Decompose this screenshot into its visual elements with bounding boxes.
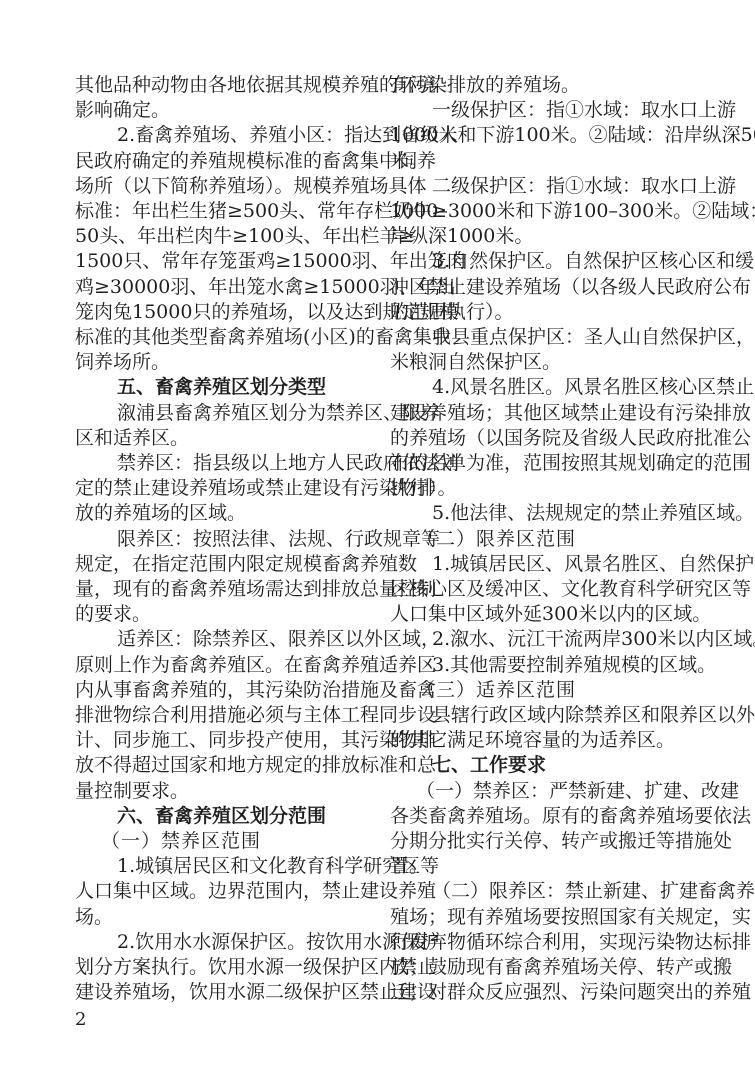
text-line: 县辖行政区域内除禁养区和限养区以外 xyxy=(390,703,680,727)
text-line: 50头、年出栏肉牛≥100头、年出栏羊≥ xyxy=(75,224,365,248)
text-line: 一级保护区：指①水域：取水口上游 xyxy=(390,98,680,122)
section-heading: 六、畜禽养殖区划分范围 xyxy=(75,804,365,828)
text-line: 场所（以下简称养殖场）。规模养殖场具体 xyxy=(75,174,365,198)
text-line: 米。 xyxy=(390,149,680,173)
text-line: 的要求。 xyxy=(75,602,365,626)
text-line: 定的禁止建设养殖场或禁止建设有污染物排 xyxy=(75,476,365,500)
text-line: 各类畜禽养殖场。原有的畜禽养殖场要依法 xyxy=(390,804,680,828)
text-line: 限养区：按照法律、法规、行政规章等 xyxy=(75,527,365,551)
text-line: 量，现有的畜禽养殖场需达到排放总量控制 xyxy=(75,577,365,601)
text-line: 有污染排放的养殖场。 xyxy=(390,73,680,97)
text-line: 5.他法律、法规规定的禁止养殖区域。 xyxy=(390,501,680,525)
text-line: 米粮洞自然保护区。 xyxy=(390,350,680,374)
text-line: 布的名单为准，范围按照其规划确定的范围 xyxy=(390,451,680,475)
text-line: 建设养殖场；其他区域禁止建设有污染排放 xyxy=(390,401,680,425)
text-line: 执行）。 xyxy=(390,476,680,500)
text-line: 场。 xyxy=(75,905,365,929)
text-line: 饲养场所。 xyxy=(75,350,365,374)
text-line: 民政府确定的养殖规模标准的畜禽集中饲养 xyxy=(75,149,365,173)
text-line: 3.自然保护区。自然保护区核心区和缓 xyxy=(390,249,680,273)
text-line: 人口集中区域。边界范围内，禁止建设养殖 xyxy=(75,879,365,903)
section-heading: （二）限养区范围 xyxy=(390,527,680,551)
text-line: 迁；对群众反应强烈、污染问题突出的养殖 xyxy=(390,980,680,1004)
text-line: 置。 xyxy=(390,854,680,878)
text-line: 笼肉兔15000只的养殖场，以及达到规定规模 xyxy=(75,300,365,324)
text-line: 1000米和下游100米。②陆域：沿岸纵深50 xyxy=(390,123,680,147)
text-line: 规定，在指定范围内限定规模畜禽养殖数 xyxy=(75,552,365,576)
text-line: 划分方案执行。饮用水源一级保护区内禁止 xyxy=(75,955,365,979)
text-line: 原则上作为畜禽养殖区。在畜禽养殖适养区 xyxy=(75,653,365,677)
section-heading: （一）禁养区范围 xyxy=(75,829,365,853)
text-line: 影响确定。 xyxy=(75,98,365,122)
text-line: 其他品种动物由各地依据其规模养殖的环境 xyxy=(75,73,365,97)
text-line: 禁养区：指县级以上地方人民政府依法划 xyxy=(75,451,365,475)
section-heading: 七、工作要求 xyxy=(390,753,680,777)
text-line: 冲区禁止建设养殖场（以各级人民政府公布 xyxy=(390,275,680,299)
text-line: 3.其他需要控制养殖规模的区域。 xyxy=(390,653,680,677)
text-line: 行废弃物循环综合利用，实现污染物达标排 xyxy=(390,930,680,954)
text-line: 的其它满足环境容量的为适养区。 xyxy=(390,728,680,752)
text-line: 排泄物综合利用措施必须与主体工程同步设 xyxy=(75,703,365,727)
text-line: 鸡≥30000羽、年出笼水禽≥15000羽、年出 xyxy=(75,275,365,299)
section-heading: （三）适养区范围 xyxy=(390,678,680,702)
page-number: 2 xyxy=(75,1008,86,1032)
text-line: 建设养殖场，饮用水源二级保护区禁止建设 xyxy=(75,980,365,1004)
text-line: 适养区：除禁养区、限养区以外区域， xyxy=(75,627,365,651)
text-line: 人口集中区域外延300米以内的区域。 xyxy=(390,602,680,626)
text-line: 区和适养区。 xyxy=(75,426,365,450)
text-line: 4.风景名胜区。风景名胜区核心区禁止 xyxy=(390,375,680,399)
text-line: 放的养殖场的区域。 xyxy=(75,501,365,525)
text-line: 放不得超过国家和地方规定的排放标准和总 xyxy=(75,753,365,777)
text-line: 2.饮用水水源保护区。按饮用水源保护 xyxy=(75,930,365,954)
text-line: 放；鼓励现有畜禽养殖场关停、转产或搬 xyxy=(390,955,680,979)
text-line: （一）禁养区：严禁新建、扩建、改建 xyxy=(390,779,680,803)
text-line: 2.畜禽养殖场、养殖小区：指达到省级人 xyxy=(75,123,365,147)
text-line: 我县重点保护区：圣人山自然保护区， xyxy=(390,325,680,349)
section-heading: 五、畜禽养殖区划分类型 xyxy=(75,375,365,399)
text-line: （二）限养区：禁止新建、扩建畜禽养 xyxy=(390,879,680,903)
text-line: 溆浦县畜禽养殖区划分为禁养区、限养 xyxy=(75,401,365,425)
text-line: 1000–3000米和下游100–300米。②陆域：沿 xyxy=(390,199,680,223)
text-line: 内从事畜禽养殖的，其污染防治措施及畜禽 xyxy=(75,678,365,702)
text-line: 1.城镇居民区和文化教育科学研究区等 xyxy=(75,854,365,878)
text-line: 的养殖场（以国务院及省级人民政府批准公 xyxy=(390,426,680,450)
text-line: 标准的其他类型畜禽养殖场(小区)的畜禽集中 xyxy=(75,325,365,349)
text-line: 计、同步施工、同步投产使用，其污染物排 xyxy=(75,728,365,752)
text-line: 量控制要求。 xyxy=(75,779,365,803)
text-line: 分期分批实行关停、转产或搬迁等措施处 xyxy=(390,829,680,853)
text-line: 2.溆水、沅江干流两岸300米以内区域。 xyxy=(390,627,680,651)
text-line: 区核心区及缓冲区、文化教育科学研究区等 xyxy=(390,577,680,601)
text-line: 1500只、常年存笼蛋鸡≥15000羽、年出笼肉 xyxy=(75,249,365,273)
text-line: 殖场；现有养殖场要按照国家有关规定，实 xyxy=(390,905,680,929)
text-line: 二级保护区：指①水域：取水口上游 xyxy=(390,174,680,198)
text-line: 标准：年出栏生猪≥500头、常年存栏奶牛≥ xyxy=(75,199,365,223)
text-line: 1.城镇居民区、风景名胜区、自然保护 xyxy=(390,552,680,576)
text-line: 的范围执行）。 xyxy=(390,300,680,324)
text-line: 岸纵深1000米。 xyxy=(390,224,680,248)
